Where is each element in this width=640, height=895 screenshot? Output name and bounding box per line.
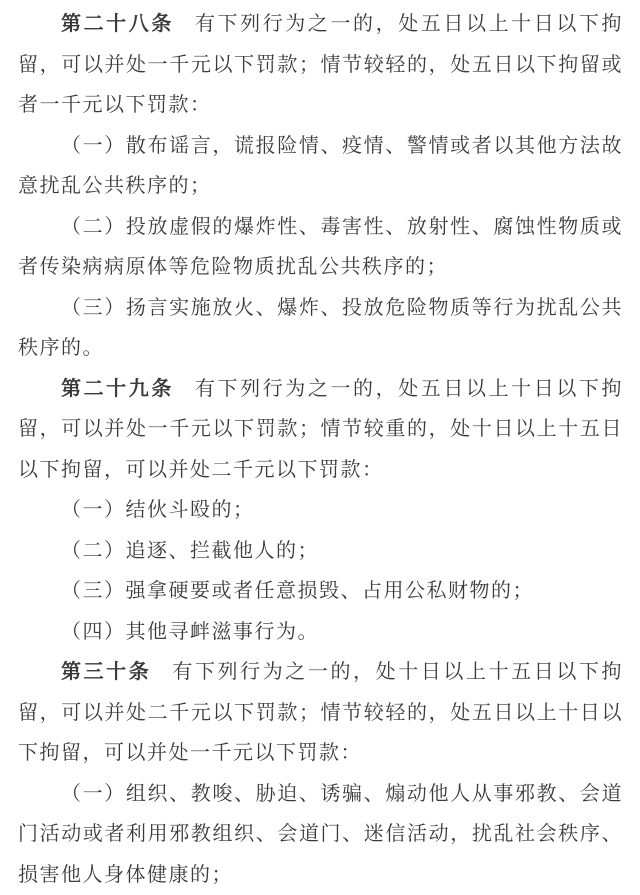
article-28-paragraph: 第二十八条有下列行为之一的，处五日以上十日以下拘留，可以并处一千元以下罚款；情节…: [18, 4, 623, 126]
legal-document-page: 第二十八条有下列行为之一的，处五日以上十日以下拘留，可以并处一千元以下罚款；情节…: [0, 0, 640, 895]
article-29-item-4: （四）其他寻衅滋事行为。: [18, 612, 623, 653]
article-28-item-2: （二）投放虚假的爆炸性、毒害性、放射性、腐蚀性物质或者传染病病原体等危险物质扰乱…: [18, 207, 623, 288]
article-29-item-2: （二）追逐、拦截他人的；: [18, 531, 623, 572]
article-30-paragraph: 第三十条有下列行为之一的，处十日以上十五日以下拘留，可以并处二千元以下罚款；情节…: [18, 652, 623, 774]
article-29-item-3: （三）强拿硬要或者任意损毁、占用公私财物的；: [18, 571, 623, 612]
article-29-number: 第二十九条: [61, 378, 174, 400]
article-28-item-1: （一）散布谣言，谎报险情、疫情、警情或者以其他方法故意扰乱公共秩序的；: [18, 126, 623, 207]
article-30-number: 第三十条: [61, 661, 151, 683]
article-28-item-3: （三）扬言实施放火、爆炸、投放危险物质等行为扰乱公共秩序的。: [18, 288, 623, 369]
article-29-item-1: （一）结伙斗殴的；: [18, 490, 623, 531]
article-28-number: 第二十八条: [61, 13, 174, 35]
article-29-paragraph: 第二十九条有下列行为之一的，处五日以上十日以下拘留，可以并处一千元以下罚款；情节…: [18, 369, 623, 491]
article-30-item-1: （一）组织、教唆、胁迫、诱骗、煽动他人从事邪教、会道门活动或者利用邪教组织、会道…: [18, 774, 623, 895]
